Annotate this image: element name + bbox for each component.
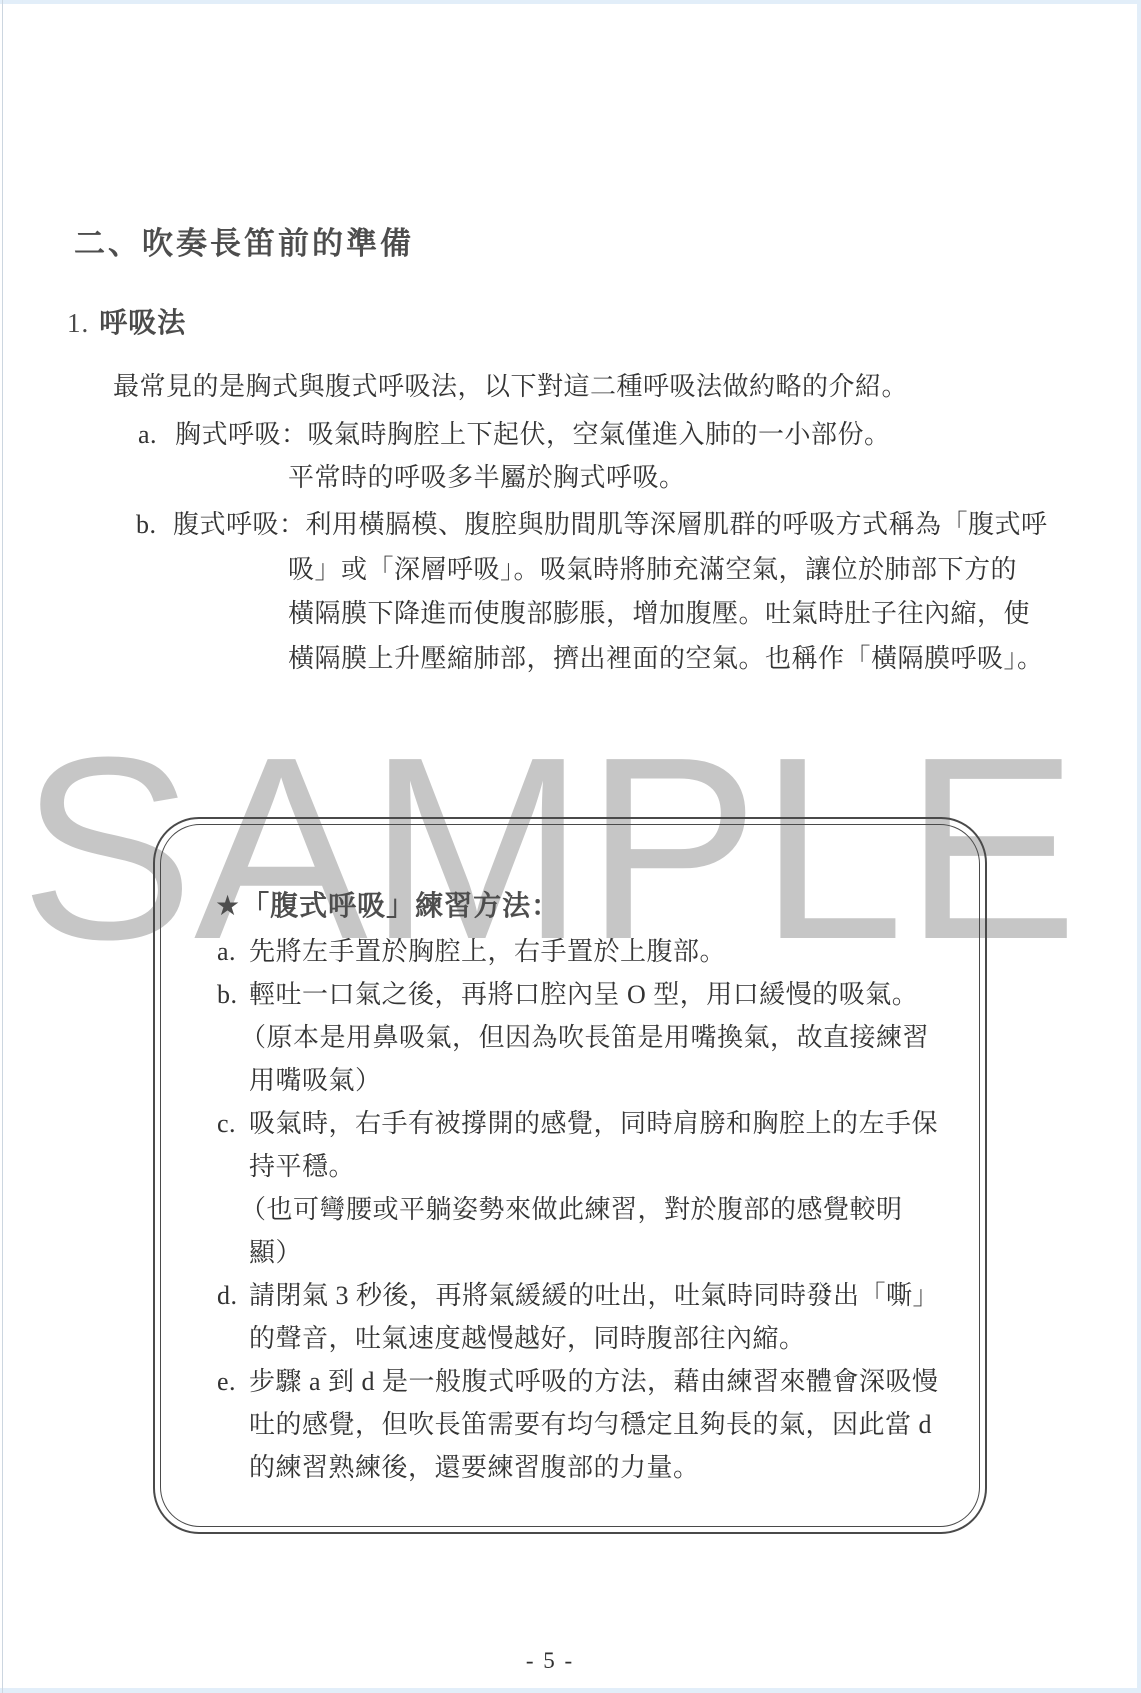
intro-text: 最常見的是胸式與腹式呼吸法，以下對這二種呼吸法做約略的介紹。 [113, 371, 908, 404]
list-item-a-cont: 平常時的呼吸多半屬於胸式呼吸。 [288, 462, 686, 495]
item-text: 吸氣時，右手有被撐開的感覺，同時肩膀和胸腔上的左手保 [249, 1109, 938, 1138]
item-label: a. [217, 936, 249, 969]
list-item-b: b.腹式呼吸：利用橫膈模、腹腔與肋間肌等深層肌群的呼吸方式稱為「腹式呼 [136, 509, 1048, 542]
box-item-b-paren: （原本是用鼻吸氣，但因為吹長笛是用嘴換氣，故直接練習 [240, 1022, 929, 1055]
practice-box-heading: ★「腹式呼吸」練習方法： [215, 889, 560, 923]
item-label: c. [217, 1108, 249, 1141]
box-item-e-cont: 吐的感覺，但吹長笛需要有均勻穩定且夠長的氣，因此當 d [249, 1409, 932, 1442]
item-text: 輕吐一口氣之後，再將口腔內呈 O 型，用口緩慢的吸氣。 [249, 980, 918, 1009]
item-label: a. [138, 419, 175, 452]
box-item-a: a.先將左手置於胸腔上，右手置於上腹部。 [217, 936, 726, 969]
item-label: d. [217, 1280, 249, 1313]
box-item-c-paren-cont: 顯） [249, 1237, 302, 1270]
box-item-d: d.請閉氣 3 秒後，再將氣緩緩的吐出，吐氣時同時發出「嘶」 [217, 1280, 939, 1313]
box-item-e-cont: 的練習熟練後，還要練習腹部的力量。 [249, 1452, 700, 1485]
box-item-c-paren: （也可彎腰或平躺姿勢來做此練習，對於腹部的感覺較明 [240, 1194, 903, 1227]
list-item-b-cont: 吸」或「深層呼吸」。吸氣時將肺充滿空氣，讓位於肺部下方的 [288, 554, 1017, 587]
page-number: - 5 - [0, 1648, 1100, 1674]
section-heading: 1.呼吸法 [67, 306, 186, 340]
item-text: 請閉氣 3 秒後，再將氣緩緩的吐出，吐氣時同時發出「嘶」 [249, 1281, 939, 1310]
box-item-b: b.輕吐一口氣之後，再將口腔內呈 O 型，用口緩慢的吸氣。 [217, 979, 918, 1012]
section-label: 呼吸法 [99, 307, 186, 338]
box-item-d-cont: 的聲音，吐氣速度越慢越好，同時腹部往內縮。 [249, 1323, 806, 1356]
item-text: 胸式呼吸：吸氣時胸腔上下起伏，空氣僅進入肺的一小部份。 [175, 420, 891, 449]
item-text: 腹式呼吸：利用橫膈模、腹腔與肋間肌等深層肌群的呼吸方式稱為「腹式呼 [173, 510, 1048, 539]
item-text: 步驟 a 到 d 是一般腹式呼吸的方法，藉由練習來體會深吸慢 [249, 1367, 939, 1396]
box-item-e: e.步驟 a 到 d 是一般腹式呼吸的方法，藉由練習來體會深吸慢 [217, 1366, 939, 1399]
list-item-b-cont: 橫隔膜上升壓縮肺部，擠出裡面的空氣。也稱作「橫隔膜呼吸」。 [288, 643, 1044, 676]
box-item-c-cont: 持平穩。 [249, 1151, 355, 1184]
section-number: 1. [67, 308, 89, 338]
item-label: b. [217, 979, 249, 1012]
page-content: 二、吹奏長笛前的準備 1.呼吸法 最常見的是胸式與腹式呼吸法，以下對這二種呼吸法… [0, 0, 1141, 1693]
list-item-b-cont: 橫隔膜下降進而使腹部膨脹，增加腹壓。吐氣時肚子往內縮，使 [288, 598, 1030, 631]
list-item-a: a.胸式呼吸：吸氣時胸腔上下起伏，空氣僅進入肺的一小部份。 [138, 419, 891, 452]
item-label: e. [217, 1366, 249, 1399]
document-page: SAMPLE 二、吹奏長笛前的準備 1.呼吸法 最常見的是胸式與腹式呼吸法，以下… [0, 0, 1141, 1693]
box-item-c: c.吸氣時，右手有被撐開的感覺，同時肩膀和胸腔上的左手保 [217, 1108, 938, 1141]
page-title: 二、吹奏長笛前的準備 [74, 225, 414, 262]
box-item-b-paren-cont: 用嘴吸氣） [249, 1065, 382, 1098]
item-text: 先將左手置於胸腔上，右手置於上腹部。 [249, 937, 726, 966]
item-label: b. [136, 509, 173, 542]
